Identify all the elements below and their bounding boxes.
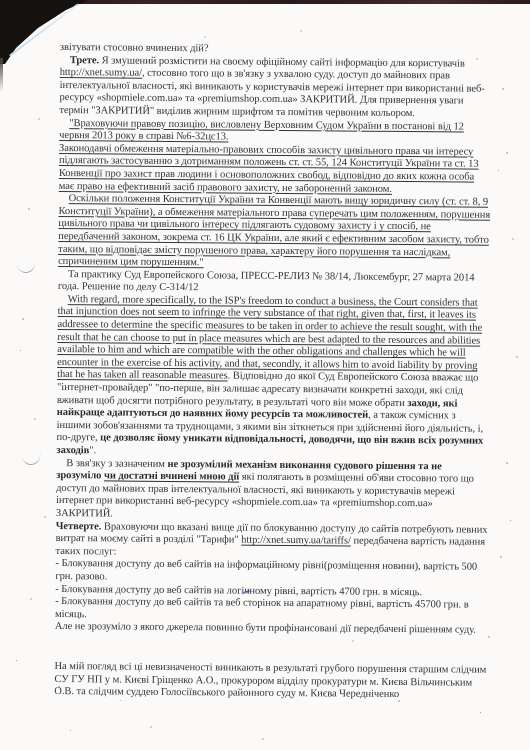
text-run: "Враховуючи правову позицію, висловлену … <box>59 118 464 143</box>
scan-left-edge-shadow <box>0 58 3 92</box>
text-run: With regard, more specifically, to the I… <box>57 294 482 382</box>
text-run: - Блокування доступу до веб сайтів та ве… <box>55 596 469 620</box>
text-run: це дозволяє йому уникати відповідальност… <box>56 433 483 456</box>
text-run: Та практику Суд Европейского Союза, ПРЕС… <box>58 269 475 294</box>
text-run: Оскільки положення Конституції України т… <box>58 193 490 268</box>
text-run: Трете. <box>70 55 99 66</box>
paragraph: На мій погляд всі ці невизначеності вини… <box>54 661 486 703</box>
paragraph: Та практику Суд Европейского Союза, ПРЕС… <box>58 269 490 298</box>
url-text: http://xnet.sumy.ua/ <box>60 67 142 79</box>
paragraph: Трете. Я змушений розмістити на своєму о… <box>59 55 492 122</box>
text-run: На мій погляд всі ці невизначеності вини… <box>54 661 486 700</box>
paragraph: Але не зрозуміло з якого джерела повинно… <box>55 621 487 637</box>
paragraph: - Блокування доступу до веб сайтів та ве… <box>55 596 487 625</box>
paragraph: В звя'зку з зазначеним не зрозумілий мех… <box>56 458 489 525</box>
text-run: - Блокування доступу до веб сайтів на ло… <box>55 584 422 598</box>
text-run: Четверте. <box>56 521 102 532</box>
text-run: чи достатні вчинені мною дії <box>104 471 239 483</box>
scanned-document-page: звітувати стосовно вчинених дій?Трете. Я… <box>0 0 530 750</box>
paragraph: Оскільки положення Конституції України т… <box>58 193 491 272</box>
scan-noise-speckles-dark <box>0 0 1 1</box>
document-text: звітувати стосовно вчинених дій?Трете. Я… <box>54 42 492 702</box>
paragraph: With regard, more specifically, to the I… <box>56 294 489 461</box>
paragraph: "Враховуючи правову позицію, висловлену … <box>59 118 491 147</box>
url-text: http://xnet.sumy.ua/tariffs/ <box>241 535 351 547</box>
paragraph: Законодавчі обмеження матеріально-правов… <box>59 143 491 197</box>
margin-pen-mark <box>21 453 41 466</box>
text-run: В звя'зку з зазначеним <box>66 458 167 470</box>
margin-pen-mark <box>16 261 36 275</box>
text-run: звітувати стосовно вчинених дій? <box>60 42 209 54</box>
text-run: Але не зрозуміло з якого джерела повинно… <box>55 621 476 636</box>
paragraph: Четверте. Враховуючи що вказані вище дії… <box>55 521 487 563</box>
text-run: ". <box>89 445 96 456</box>
paragraph: - Блокування доступу до веб сайтів на ін… <box>55 558 487 587</box>
text-run: Я змушений розмістити на своєму офіційно… <box>99 55 465 69</box>
text-run: - Блокування доступу до веб сайтів на ін… <box>55 558 477 582</box>
text-run: Законодавчі обмеження матеріально-правов… <box>59 143 479 195</box>
